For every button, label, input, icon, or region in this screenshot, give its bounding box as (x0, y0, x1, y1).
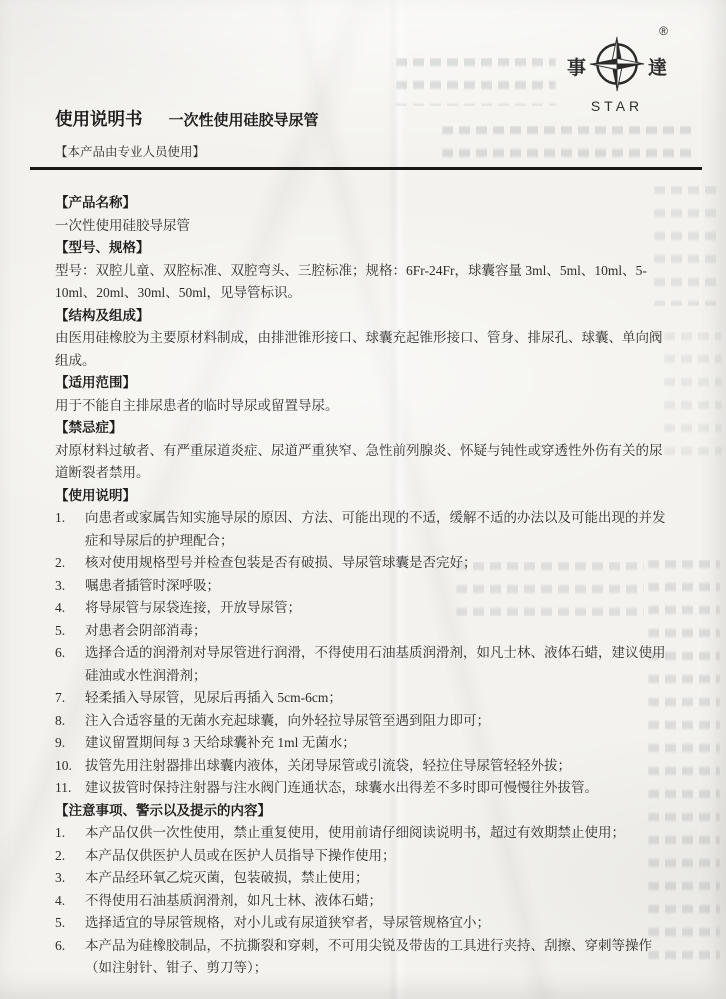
precaution-list-item: 1.本产品仅供一次性使用，禁止重复使用，使用前请仔细阅读说明书，超过有效期禁止使… (55, 822, 673, 845)
logo-caption: STAR (552, 98, 682, 114)
precaution-list-item: 5.选择适宜的导尿管规格，对小儿或有尿道狭窄者，导尿管规格宜小； (55, 912, 673, 935)
usage-list-item: 1.向患者或家属告知实施导尿的原因、方法、可能出现的不适，缓解不适的办法以及可能… (55, 507, 673, 552)
list-item-text: 建议留置期间每 3 天给球囊补充 1ml 无菌水； (85, 732, 673, 755)
precaution-list-item: 3.本产品经环氧乙烷灭菌，包装破损，禁止使用； (55, 867, 673, 890)
section-body-model-spec: 型号：双腔儿童、双腔标准、双腔弯头、三腔标准；规格：6Fr-24Fr，球囊容量 … (55, 260, 673, 305)
brand-logo: 事 達 ® STAR (552, 36, 682, 114)
usage-list-item: 9.建议留置期间每 3 天给球囊补充 1ml 无菌水； (55, 732, 673, 755)
section-heading-scope: 【适用范围】 (55, 372, 673, 395)
list-item-text: 不得使用石油基质润滑剂，如凡士林、液体石蜡； (85, 890, 673, 913)
list-item-text: 选择合适的润滑剂对导尿管进行润滑，不得使用石油基质润滑剂，如凡士林、液体石蜡，建… (85, 642, 673, 687)
list-item-text: 对患者会阴部消毒； (85, 620, 673, 643)
section-body-structure: 由医用硅橡胶为主要原材料制成，由排泄锥形接口、球囊充起锥形接口、管身、排尿孔、球… (55, 327, 673, 372)
usage-list-item: 5.对患者会阴部消毒； (55, 620, 673, 643)
list-item-text: 本产品仅供一次性使用，禁止重复使用，使用前请仔细阅读说明书，超过有效期禁止使用； (85, 822, 673, 845)
list-item-text: 本产品经环氧乙烷灭菌，包装破损，禁止使用； (85, 867, 673, 890)
usage-list-item: 10.拔管先用注射器排出球囊内液体，关闭导尿管或引流袋，轻拉住导尿管轻轻外拔； (55, 755, 673, 778)
list-item-number: 2. (55, 552, 85, 575)
section-heading-usage: 【使用说明】 (55, 485, 673, 508)
section-heading-precautions: 【注意事项、警示以及提示的内容】 (55, 800, 673, 823)
header-divider (30, 167, 702, 170)
list-item-number: 1. (55, 507, 85, 530)
list-item-number: 5. (55, 620, 85, 643)
list-item-number: 10. (55, 755, 85, 778)
section-body-product-name: 一次性使用硅胶导尿管 (55, 215, 673, 238)
usage-list-item: 2.核对使用规格型号并检查包装是否有破损、导尿管球囊是否完好； (55, 552, 673, 575)
product-title: 一次性使用硅胶导尿管 (169, 109, 319, 130)
bleedthrough-texture (396, 58, 556, 106)
section-heading-model-spec: 【型号、规格】 (55, 237, 673, 260)
list-item-text: 核对使用规格型号并检查包装是否有破损、导尿管球囊是否完好； (85, 552, 673, 575)
list-item-text: 向患者或家属告知实施导尿的原因、方法、可能出现的不适，缓解不适的办法以及可能出现… (85, 507, 673, 552)
list-item-text: 本产品为硅橡胶制品，不抗撕裂和穿刺，不可用尖锐及带齿的工具进行夹持、刮擦、穿刺等… (85, 935, 673, 980)
logo-left-char: 事 (567, 53, 586, 80)
document-body: 【产品名称】 一次性使用硅胶导尿管 【型号、规格】 型号：双腔儿童、双腔标准、双… (55, 192, 673, 980)
list-item-text: 拔管先用注射器排出球囊内液体，关闭导尿管或引流袋，轻拉住导尿管轻轻外拔； (85, 755, 673, 778)
document-header: 使用说明书 一次性使用硅胶导尿管 (55, 106, 319, 131)
usage-list-item: 3.嘱患者插管时深呼吸； (55, 575, 673, 598)
list-item-number: 6. (55, 642, 85, 665)
usage-list-item: 7.轻柔插入导尿管，见尿后再插入 5cm-6cm； (55, 687, 673, 710)
precaution-list-item: 4.不得使用石油基质润滑剂，如凡士林、液体石蜡； (55, 890, 673, 913)
list-item-number: 4. (55, 597, 85, 620)
precaution-list-item: 2.本产品仅供医护人员或在医护人员指导下操作使用； (55, 845, 673, 868)
usage-list-item: 4.将导尿管与尿袋连接，开放导尿管； (55, 597, 673, 620)
list-item-text: 轻柔插入导尿管，见尿后再插入 5cm-6cm； (85, 687, 673, 710)
usage-list-item: 8.注入合适容量的无菌水充起球囊，向外轻拉导尿管至遇到阻力即可； (55, 710, 673, 733)
list-item-number: 6. (55, 935, 85, 958)
section-body-contraindications: 对原材料过敏者、有严重尿道炎症、尿道严重狭窄、急性前列腺炎、怀疑与钝性或穿透性外… (55, 440, 673, 485)
list-item-number: 2. (55, 845, 85, 868)
usage-list-item: 6.选择合适的润滑剂对导尿管进行润滑，不得使用石油基质润滑剂，如凡士林、液体石蜡… (55, 642, 673, 687)
usage-list-item: 11.建议拔管时保持注射器与注水阀门连通状态，球囊水出得差不多时即可慢慢往外拔管… (55, 777, 673, 800)
list-item-number: 1. (55, 822, 85, 845)
list-item-number: 3. (55, 575, 85, 598)
logo-right-char: 達 (648, 53, 667, 80)
precaution-list-item: 6.本产品为硅橡胶制品，不抗撕裂和穿刺，不可用尖锐及带齿的工具进行夹持、刮擦、穿… (55, 935, 673, 980)
list-item-text: 建议拔管时保持注射器与注水阀门连通状态，球囊水出得差不多时即可慢慢往外拔管。 (85, 777, 673, 800)
audience-note: 【本产品由专业人员使用】 (55, 142, 205, 160)
list-item-number: 8. (55, 710, 85, 733)
list-item-text: 注入合适容量的无菌水充起球囊，向外轻拉导尿管至遇到阻力即可； (85, 710, 673, 733)
section-heading-product-name: 【产品名称】 (55, 192, 673, 215)
section-heading-contraindications: 【禁忌症】 (55, 417, 673, 440)
list-item-number: 3. (55, 867, 85, 890)
doc-type-title: 使用说明书 (55, 106, 143, 131)
section-heading-structure: 【结构及组成】 (55, 305, 673, 328)
document-page: 事 達 ® STAR 使用说明书 一次性使用硅胶导尿管 (0, 0, 726, 999)
list-item-text: 选择适宜的导尿管规格，对小儿或有尿道狭窄者，导尿管规格宜小； (85, 912, 673, 935)
compass-star-icon (589, 36, 645, 97)
list-item-number: 7. (55, 687, 85, 710)
list-item-text: 将导尿管与尿袋连接，开放导尿管； (85, 597, 673, 620)
list-item-number: 5. (55, 912, 85, 935)
registered-trademark-icon: ® (659, 24, 668, 38)
list-item-number: 9. (55, 732, 85, 755)
bleedthrough-texture (442, 126, 694, 170)
list-item-text: 本产品仅供医护人员或在医护人员指导下操作使用； (85, 845, 673, 868)
list-item-number: 4. (55, 890, 85, 913)
list-item-number: 11. (55, 777, 85, 800)
list-item-text: 嘱患者插管时深呼吸； (85, 575, 673, 598)
section-body-scope: 用于不能自主排尿患者的临时导尿或留置导尿。 (55, 395, 673, 418)
